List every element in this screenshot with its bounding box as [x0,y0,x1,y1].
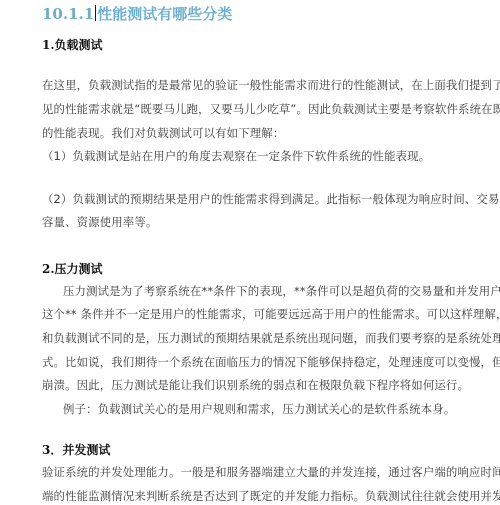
paragraph-line: 在这里，负载测试指的是最常见的验证一般性能需求而进行的性能测试，在上面我们提到了… [42,77,500,93]
paragraph-line: 压力测试是为了考察系统在**条件下的表现，**条件可以是超负荷的交易量和并发用户… [63,283,500,299]
paragraph-line: 端的性能监测情况来判断系统是否达到了既定的并发能力指标。负载测试往往就会使用并发… [42,488,500,504]
title-text: 性能测试有哪些分类 [97,5,232,23]
heading-concurrency-test: 3．并发测试 [42,441,110,458]
paragraph-line: 见的性能需求就是“既要马儿跑，又要马儿少吃草”。因此负载测试主要是考察软件系统在… [42,101,500,117]
paragraph-line: 验证系统的并发处理能力。一般是和服务器端建立大量的并发连接，通过客户端的响应时间… [42,464,500,480]
section-title: 10.1.1性能测试有哪些分类 [42,3,232,24]
paragraph-line: 崩溃。因此，压力测试是能让我们识别系统的弱点和在极限负载下程序将如何运行。 [42,377,469,393]
paragraph-line: 和负载测试不同的是，压力测试的预期结果就是系统出现问题，而我们要考察的是系统处理… [42,330,500,346]
list-item-1: （1）负载测试是站在用户的角度去观察在一定条件下软件系统的性能表现。 [42,148,430,164]
document-page: 10.1.1性能测试有哪些分类 1.负载测试 在这里，负载测试指的是最常见的验证… [0,0,500,505]
paragraph-line: 容量、资源使用率等。 [42,214,157,230]
paragraph-line: 的性能表现。我们对负载测试可以有如下理解： [42,125,284,141]
paragraph-line: 这个** 条件并不一定是用户的性能需求，可能要远远高于用户的性能需求。可以这样理… [42,306,500,322]
paragraph-line: 式。比如说，我们期待一个系统在面临压力的情况下能够保持稳定，处理速度可以变慢，但… [42,354,500,370]
example-line: 例子：负载测试关心的是用户规则和需求，压力测试关心的是软件系统本身。 [63,401,455,417]
heading-stress-test: 2.压力测试 [42,260,103,277]
title-number: 10.1.1 [42,5,94,23]
heading-load-test: 1.负载测试 [42,36,103,53]
list-item-2: （2）负载测试的预期结果是用户的性能需求得到满足。此指标一般体现为响应时间、交易… [42,191,500,207]
